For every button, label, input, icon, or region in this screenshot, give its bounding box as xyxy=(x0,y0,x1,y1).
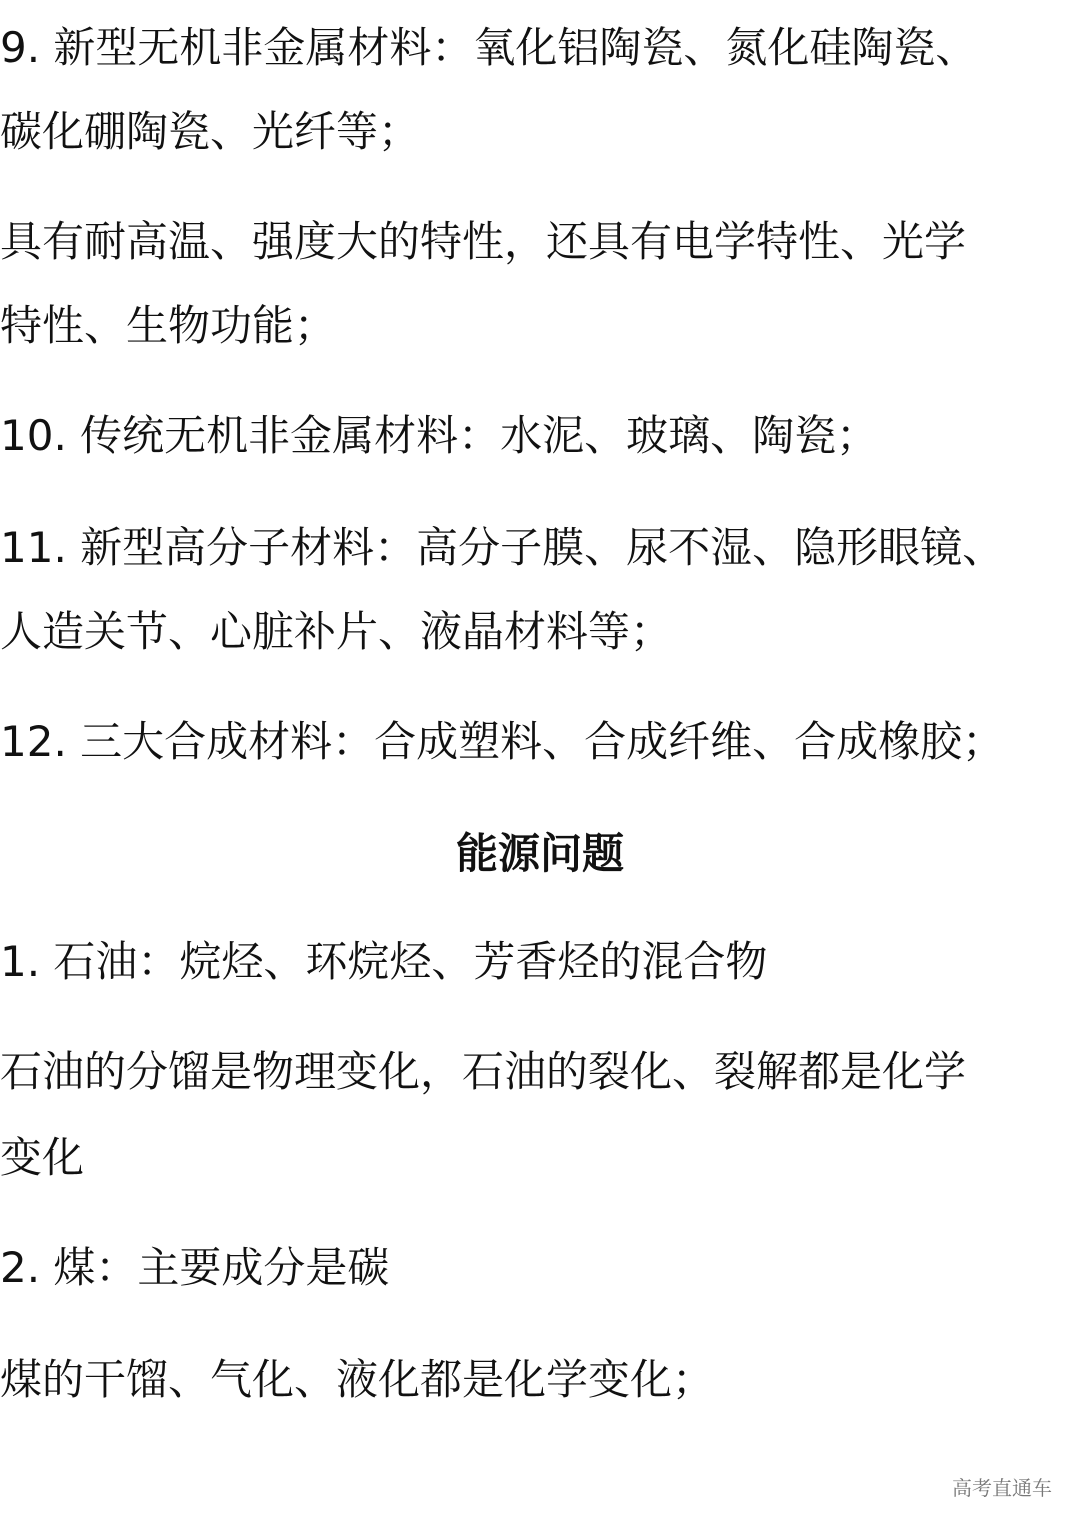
text-line-9: 9. 新型无机非金属材料：氧化铝陶瓷、氮化硅陶瓷、 xyxy=(0,18,977,78)
text-line-petroleum-detail: 石油的分馏是物理变化，石油的裂化、裂解都是化学 xyxy=(0,1042,966,1102)
text-line-12: 12. 三大合成材料：合成塑料、合成纤维、合成橡胶； xyxy=(0,712,1004,772)
text-line-9-cont: 碳化硼陶瓷、光纤等； xyxy=(0,102,420,162)
text-line-11: 11. 新型高分子材料：高分子膜、尿不湿、隐形眼镜、 xyxy=(0,518,1004,578)
text-line-properties: 具有耐高温、强度大的特性，还具有电学特性、光学 xyxy=(0,212,966,272)
text-line-petroleum: 1. 石油：烷烃、环烷烃、芳香烃的混合物 xyxy=(0,932,767,992)
text-line-properties-cont: 特性、生物功能； xyxy=(0,296,336,356)
section-heading: 能源问题 xyxy=(0,824,1080,884)
text-line-coal: 2. 煤：主要成分是碳 xyxy=(0,1238,389,1298)
text-line-11-cont: 人造关节、心脏补片、液晶材料等； xyxy=(0,602,672,662)
watermark: 高考直通车 xyxy=(952,1474,1052,1502)
text-line-petroleum-detail-cont: 变化 xyxy=(0,1128,84,1188)
text-line-coal-detail: 煤的干馏、气化、液化都是化学变化； xyxy=(0,1350,714,1410)
text-line-10: 10. 传统无机非金属材料：水泥、玻璃、陶瓷； xyxy=(0,406,878,466)
